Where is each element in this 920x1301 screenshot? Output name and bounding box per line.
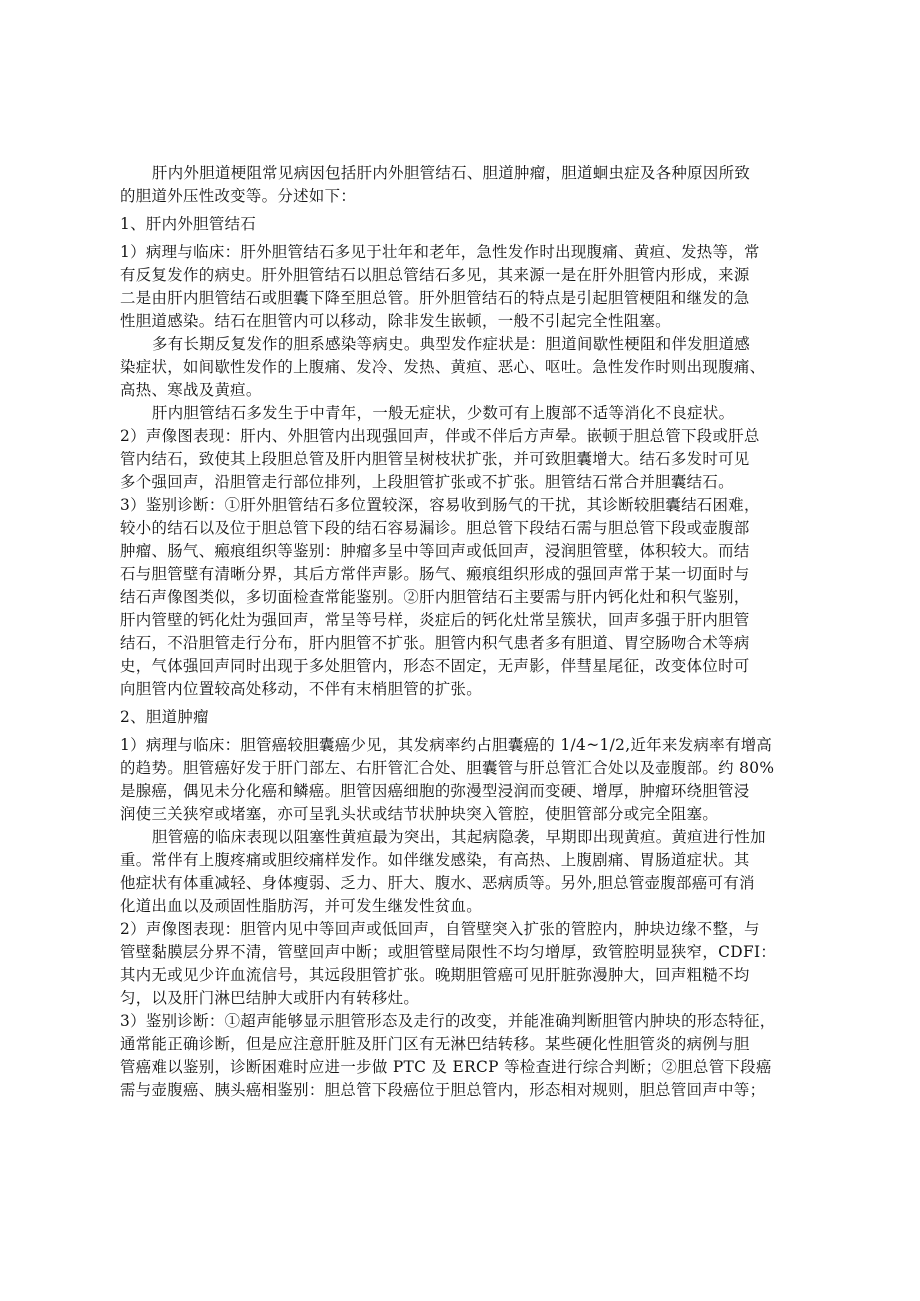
text-line: 需与壶腹癌、胰头癌相鉴别：胆总管下段癌位于胆总管内，形态相对规则，胆总管回声中等… [120, 1079, 810, 1102]
text-line: 胆管癌的临床表现以阻塞性黄疸最为突出，其起病隐袭，早期即出现黄疸。黄疸进行性加 [120, 826, 810, 849]
intro-paragraph: 肝内外胆道梗阻常见病因包括肝内外胆管结石、胆道肿瘤，胆道蛔虫症及各种原因所致 的… [120, 162, 810, 208]
text-line: 管内结石，致使其上段胆总管及肝内胆管呈树枝状扩张，并可致胆囊增大。结石多发时可见 [120, 448, 810, 471]
text-line: 肿瘤、肠气、瘢痕组织等鉴别：肿瘤多呈中等回声或低回声，浸润胆管壁，体积较大。而结 [120, 540, 810, 563]
text-line: 他症状有体重减轻、身体瘦弱、乏力、肝大、腹水、恶病质等。另外,胆总管壶腹部癌可有… [120, 872, 810, 895]
s2-clinical-paragraph: 胆管癌的临床表现以阻塞性黄疸最为突出，其起病隐袭，早期即出现黄疸。黄疸进行性加 … [120, 826, 810, 918]
text-line: 润使三关狭窄或堵塞，亦可呈乳头状或结节状肿块突入管腔，使胆管部分或完全阻塞。 [120, 803, 810, 826]
text-line: 的趋势。胆管癌好发于肝门部左、右肝管汇合处、胆囊管与肝总管汇合处以及壶腹部。约 … [120, 757, 810, 780]
s1-intrahepatic-paragraph: 肝内胆管结石多发生于中青年，一般无症状，少数可有上腹部不适等消化不良症状。 [120, 402, 810, 425]
text-line: 3）鉴别诊断：①超声能够显示胆管形态及走行的改变，并能准确判断胆管内肿块的形态特… [120, 1010, 810, 1033]
text-line: 的胆道外压性改变等。分述如下： [120, 185, 810, 208]
text-line: 石与胆管壁有清晰分界，其后方常伴声影。肠气、瘢痕组织形成的强回声常于某一切面时与 [120, 563, 810, 586]
text-line: 二是由肝内胆管结石或胆囊下降至胆总管。肝外胆管结石的特点是引起胆管梗阻和继发的急 [120, 287, 810, 310]
text-line: 较小的结石以及位于胆总管下段的结石容易漏诊。胆总管下段结石需与胆总管下段或壶腹部 [120, 517, 810, 540]
section-heading: 2、胆道肿瘤 [120, 706, 810, 729]
text-line: 有反复发作的病史。肝外胆管结石以胆总管结石多见，其来源一是在肝外胆管内形成，来源 [120, 264, 810, 287]
text-line: 是腺癌，偶见未分化癌和鳞癌。胆管因癌细胞的弥漫型浸润而变硬、增厚，肿瘤环绕胆管浸 [120, 780, 810, 803]
s1-imaging-paragraph: 2）声像图表现：肝内、外胆管内出现强回声，伴或不伴后方声晕。嵌顿于胆总管下段或肝… [120, 425, 810, 494]
section-heading: 1、肝内外胆管结石 [120, 213, 810, 236]
text-line: 2）声像图表现：胆管内见中等回声或低回声，自管壁突入扩张的管腔内，肿块边缘不整，… [120, 918, 810, 941]
text-line: 肝内外胆道梗阻常见病因包括肝内外胆管结石、胆道肿瘤，胆道蛔虫症及各种原因所致 [120, 162, 810, 185]
text-line: 1）病理与临床：肝外胆管结石多见于壮年和老年，急性发作时出现腹痛、黄疸、发热等，… [120, 241, 810, 264]
text-line: 化道出血以及顽固性脂肪泻，并可发生继发性贫血。 [120, 895, 810, 918]
text-line: 多有长期反复发作的胆系感染等病史。典型发作症状是：胆道间歇性梗阻和伴发胆道感 [120, 333, 810, 356]
s2-differential-paragraph: 3）鉴别诊断：①超声能够显示胆管形态及走行的改变，并能准确判断胆管内肿块的形态特… [120, 1010, 810, 1102]
text-line: 多个强回声，沿胆管走行部位排列，上段胆管扩张或不扩张。胆管结石常合并胆囊结石。 [120, 471, 810, 494]
document-page: 肝内外胆道梗阻常见病因包括肝内外胆管结石、胆道肿瘤，胆道蛔虫症及各种原因所致 的… [120, 162, 810, 1102]
text-line: 肝内管壁的钙化灶为强回声，常呈等号样，炎症后的钙化灶常呈簇状，回声多强于肝内胆管 [120, 609, 810, 632]
text-line: 3）鉴别诊断：①肝外胆管结石多位置较深，容易收到肠气的干扰，其诊断较胆囊结石困难… [120, 494, 810, 517]
text-line: 史，气体强回声同时出现于多处胆管内，形态不固定，无声影，伴彗星尾征，改变体位时可 [120, 655, 810, 678]
s2-pathology-paragraph: 1）病理与临床：胆管癌较胆囊癌少见，其发病率约占胆囊癌的 1/4~1/2,近年来… [120, 734, 810, 826]
s1-differential-paragraph: 3）鉴别诊断：①肝外胆管结石多位置较深，容易收到肠气的干扰，其诊断较胆囊结石困难… [120, 494, 810, 701]
text-line: 管癌难以鉴别，诊断困难时应进一步做 PTC 及 ERCP 等检查进行综合判断；②… [120, 1056, 810, 1079]
text-line: 重。常伴有上腹疼痛或胆绞痛样发作。如伴继发感染，有高热、上腹剧痛、胃肠道症状。其 [120, 849, 810, 872]
text-line: 高热、寒战及黄疸。 [120, 379, 810, 402]
s1-history-paragraph: 多有长期反复发作的胆系感染等病史。典型发作症状是：胆道间歇性梗阻和伴发胆道感 染… [120, 333, 810, 402]
text-line: 1）病理与临床：胆管癌较胆囊癌少见，其发病率约占胆囊癌的 1/4~1/2,近年来… [120, 734, 810, 757]
text-line: 其内无或见少许血流信号，其远段胆管扩张。晚期胆管癌可见肝脏弥漫肿大，回声粗糙不均 [120, 964, 810, 987]
text-line: 匀，以及肝门淋巴结肿大或肝内有转移灶。 [120, 987, 810, 1010]
text-line: 管壁黏膜层分界不清，管壁回声中断；或胆管壁局限性不均匀增厚，致管腔明显狭窄，CD… [120, 941, 810, 964]
text-line: 肝内胆管结石多发生于中青年，一般无症状，少数可有上腹部不适等消化不良症状。 [120, 402, 810, 425]
s2-imaging-paragraph: 2）声像图表现：胆管内见中等回声或低回声，自管壁突入扩张的管腔内，肿块边缘不整，… [120, 918, 810, 1010]
text-line: 性胆道感染。结石在胆管内可以移动，除非发生嵌顿，一般不引起完全性阻塞。 [120, 310, 810, 333]
text-line: 通常能正确诊断，但是应注意肝脏及肝门区有无淋巴结转移。某些硬化性胆管炎的病例与胆 [120, 1033, 810, 1056]
text-line: 结石声像图类似，多切面检查常能鉴别。②肝内胆管结石主要需与肝内钙化灶和积气鉴别， [120, 586, 810, 609]
text-line: 结石，不沿胆管走行分布，肝内胆管不扩张。胆管内积气患者多有胆道、胃空肠吻合术等病 [120, 632, 810, 655]
text-line: 向胆管内位置较高处移动，不伴有末梢胆管的扩张。 [120, 678, 810, 701]
text-line: 染症状，如间歇性发作的上腹痛、发冷、发热、黄疸、恶心、呕吐。急性发作时则出现腹痛… [120, 356, 810, 379]
text-line: 2）声像图表现：肝内、外胆管内出现强回声，伴或不伴后方声晕。嵌顿于胆总管下段或肝… [120, 425, 810, 448]
s1-pathology-paragraph: 1）病理与临床：肝外胆管结石多见于壮年和老年，急性发作时出现腹痛、黄疸、发热等，… [120, 241, 810, 333]
